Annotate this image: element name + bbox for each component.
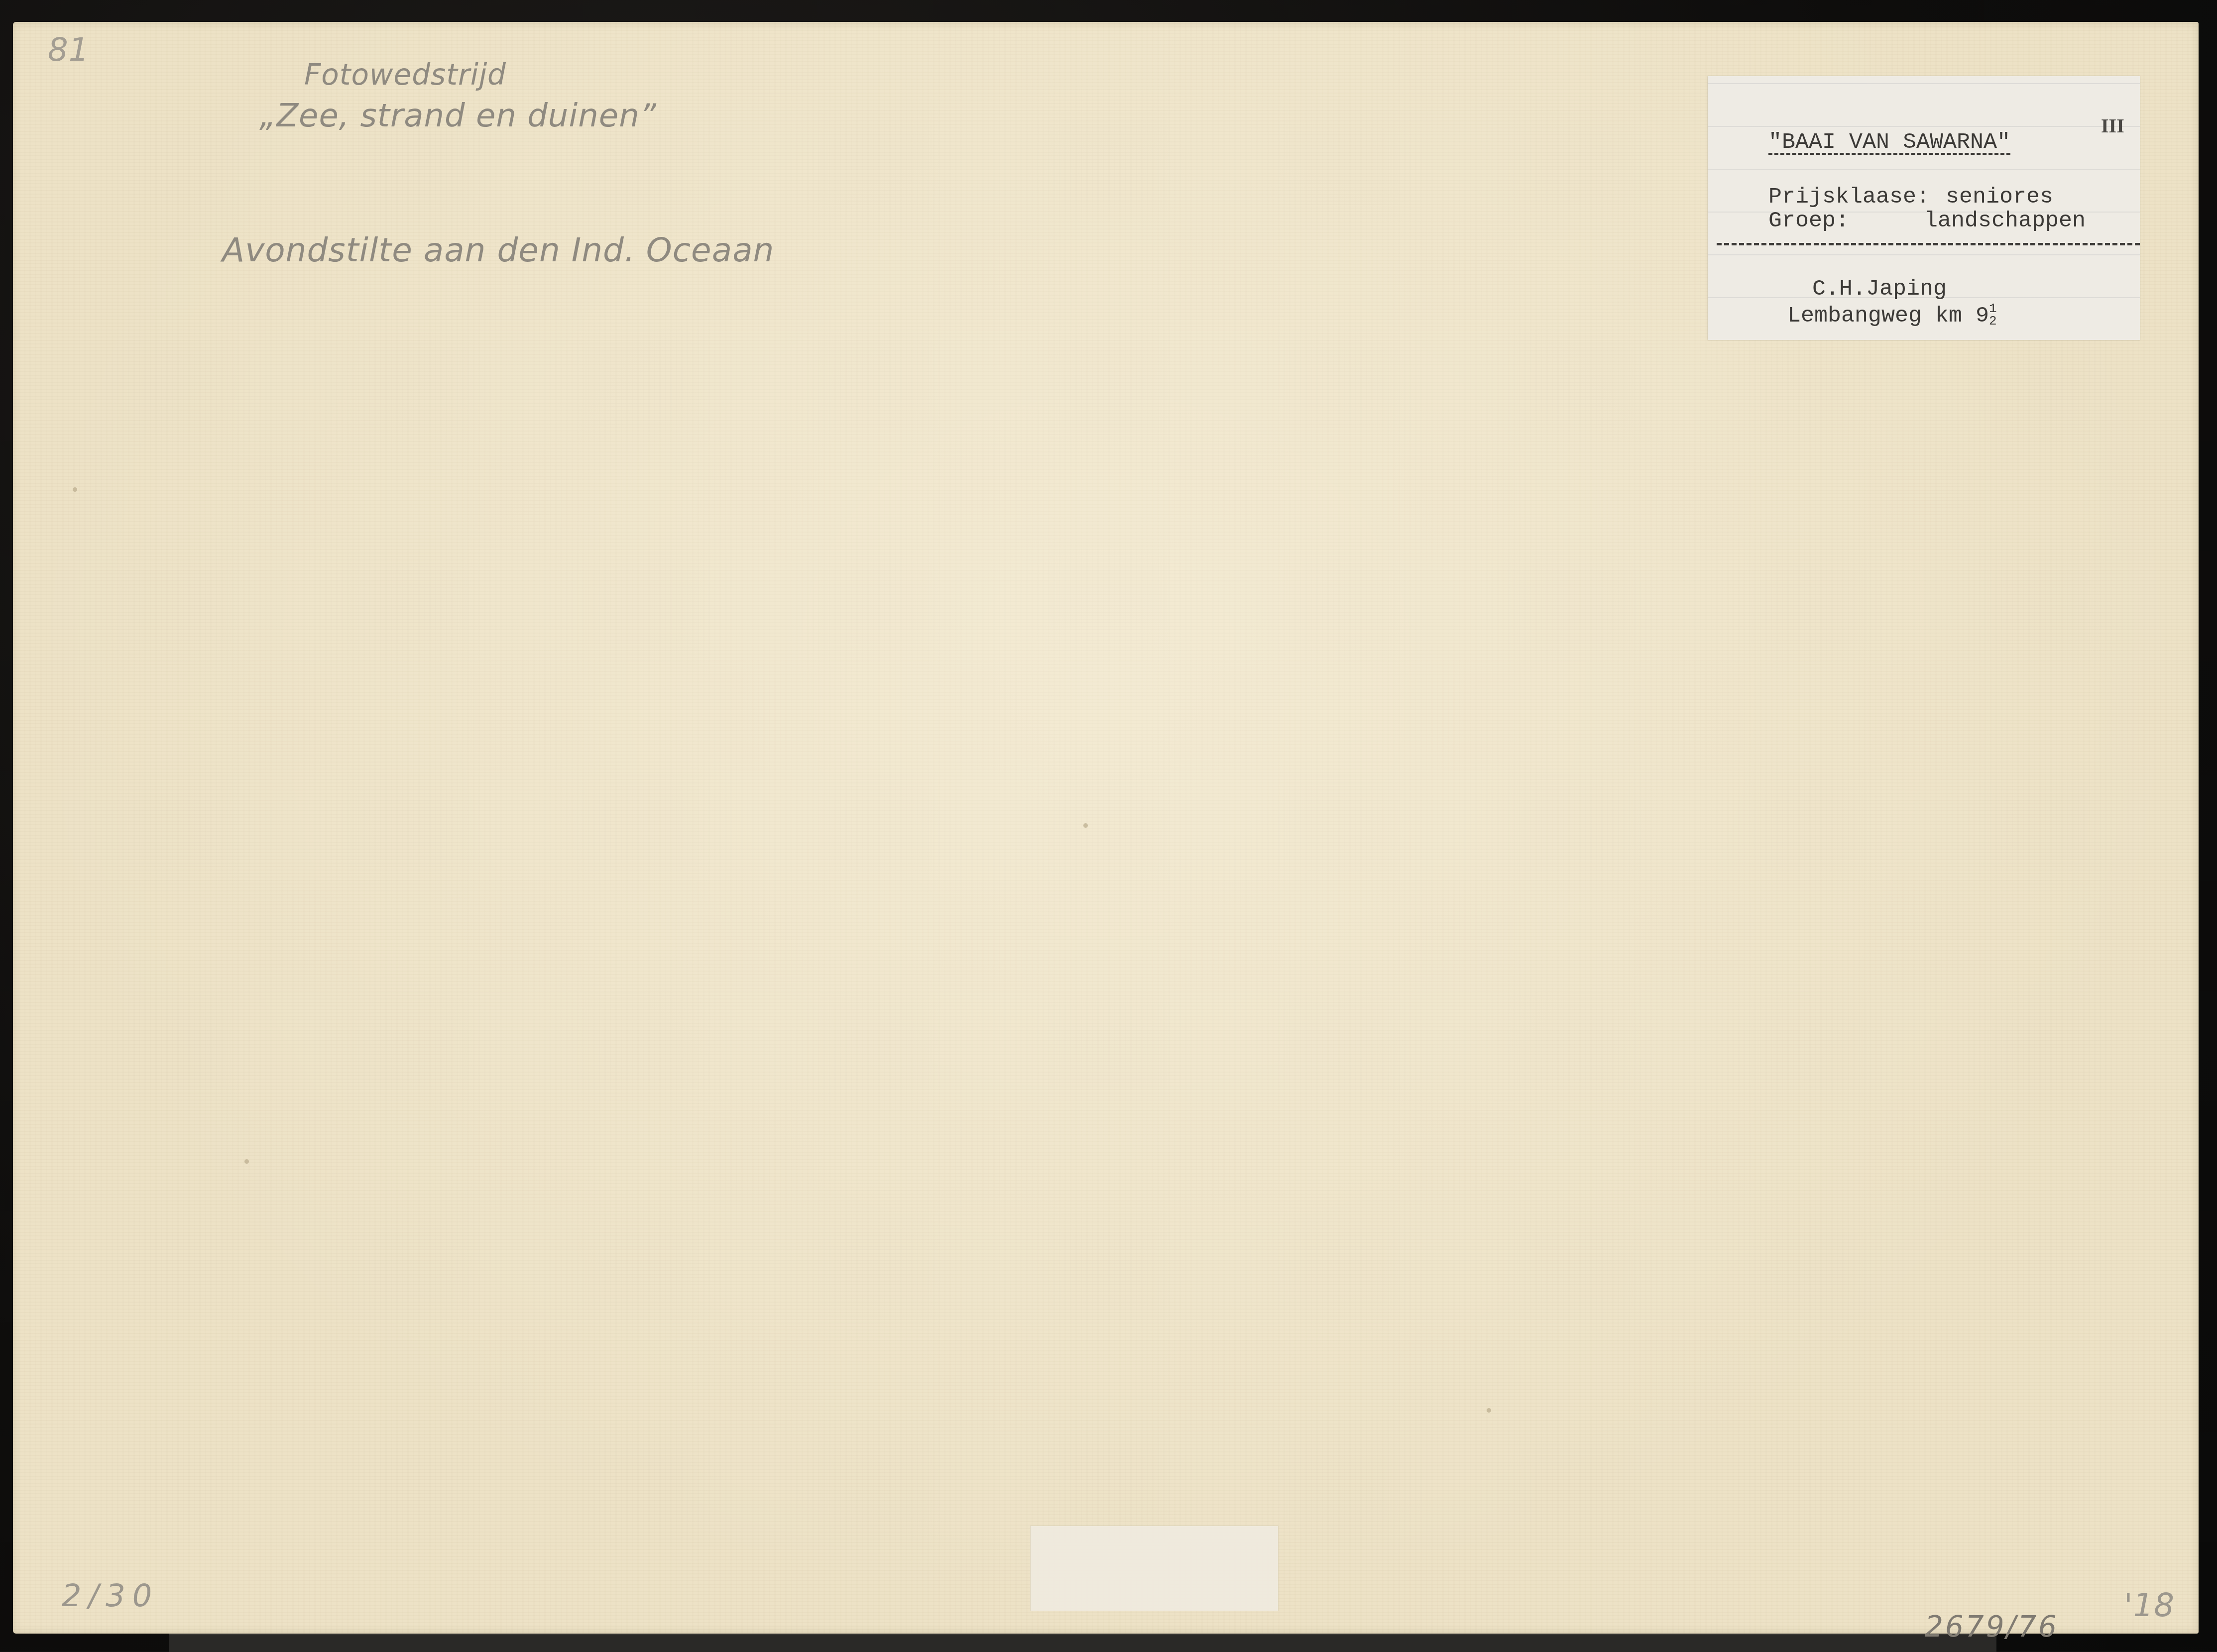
prize-class-label: Prijsklaase:	[1768, 186, 1930, 208]
pencil-heading-contest: Fotowedstrijd	[304, 58, 506, 92]
pencil-bottom-right-number: '18	[2124, 1587, 2175, 1624]
typed-entry-label: "BAAI VAN SAWARNA" III Prijsklaase: seni…	[1708, 76, 2140, 340]
prize-class-value: seniores	[1946, 186, 2053, 208]
paper-speck	[1487, 1408, 1491, 1413]
pencil-caption: Avondstilte aan den Ind. Oceaan	[222, 231, 774, 269]
backdrop-strip	[169, 1634, 1996, 1651]
photographer-name: C.H.Japing	[1812, 278, 1947, 300]
fraction-numerator: 1	[1989, 303, 1997, 315]
pencil-bottom-left-number: 2/30	[62, 1577, 159, 1614]
paper-speck	[73, 487, 77, 492]
pencil-inventory-number: 2679/76	[1925, 1610, 2059, 1644]
paper-speck	[244, 1159, 249, 1164]
roman-numeral-mark: III	[2101, 116, 2124, 136]
address-text: Lembangweg km 9	[1787, 303, 1989, 329]
address-fraction: 12	[1989, 303, 1997, 327]
dashed-divider	[1717, 243, 2140, 245]
fraction-denominator: 2	[1989, 315, 1997, 328]
pencil-heading-theme: „Zee, strand en duinen”	[259, 98, 657, 134]
pencil-corner-number: 81	[48, 32, 89, 69]
removed-label-patch	[1030, 1526, 1279, 1611]
photo-title: "BAAI VAN SAWARNA"	[1768, 131, 2010, 153]
group-value: landschappen	[1924, 210, 2086, 232]
paper-speck	[1083, 823, 1088, 828]
photographer-address: Lembangweg km 912	[1787, 303, 1997, 327]
group-label: Groep:	[1768, 210, 1849, 232]
